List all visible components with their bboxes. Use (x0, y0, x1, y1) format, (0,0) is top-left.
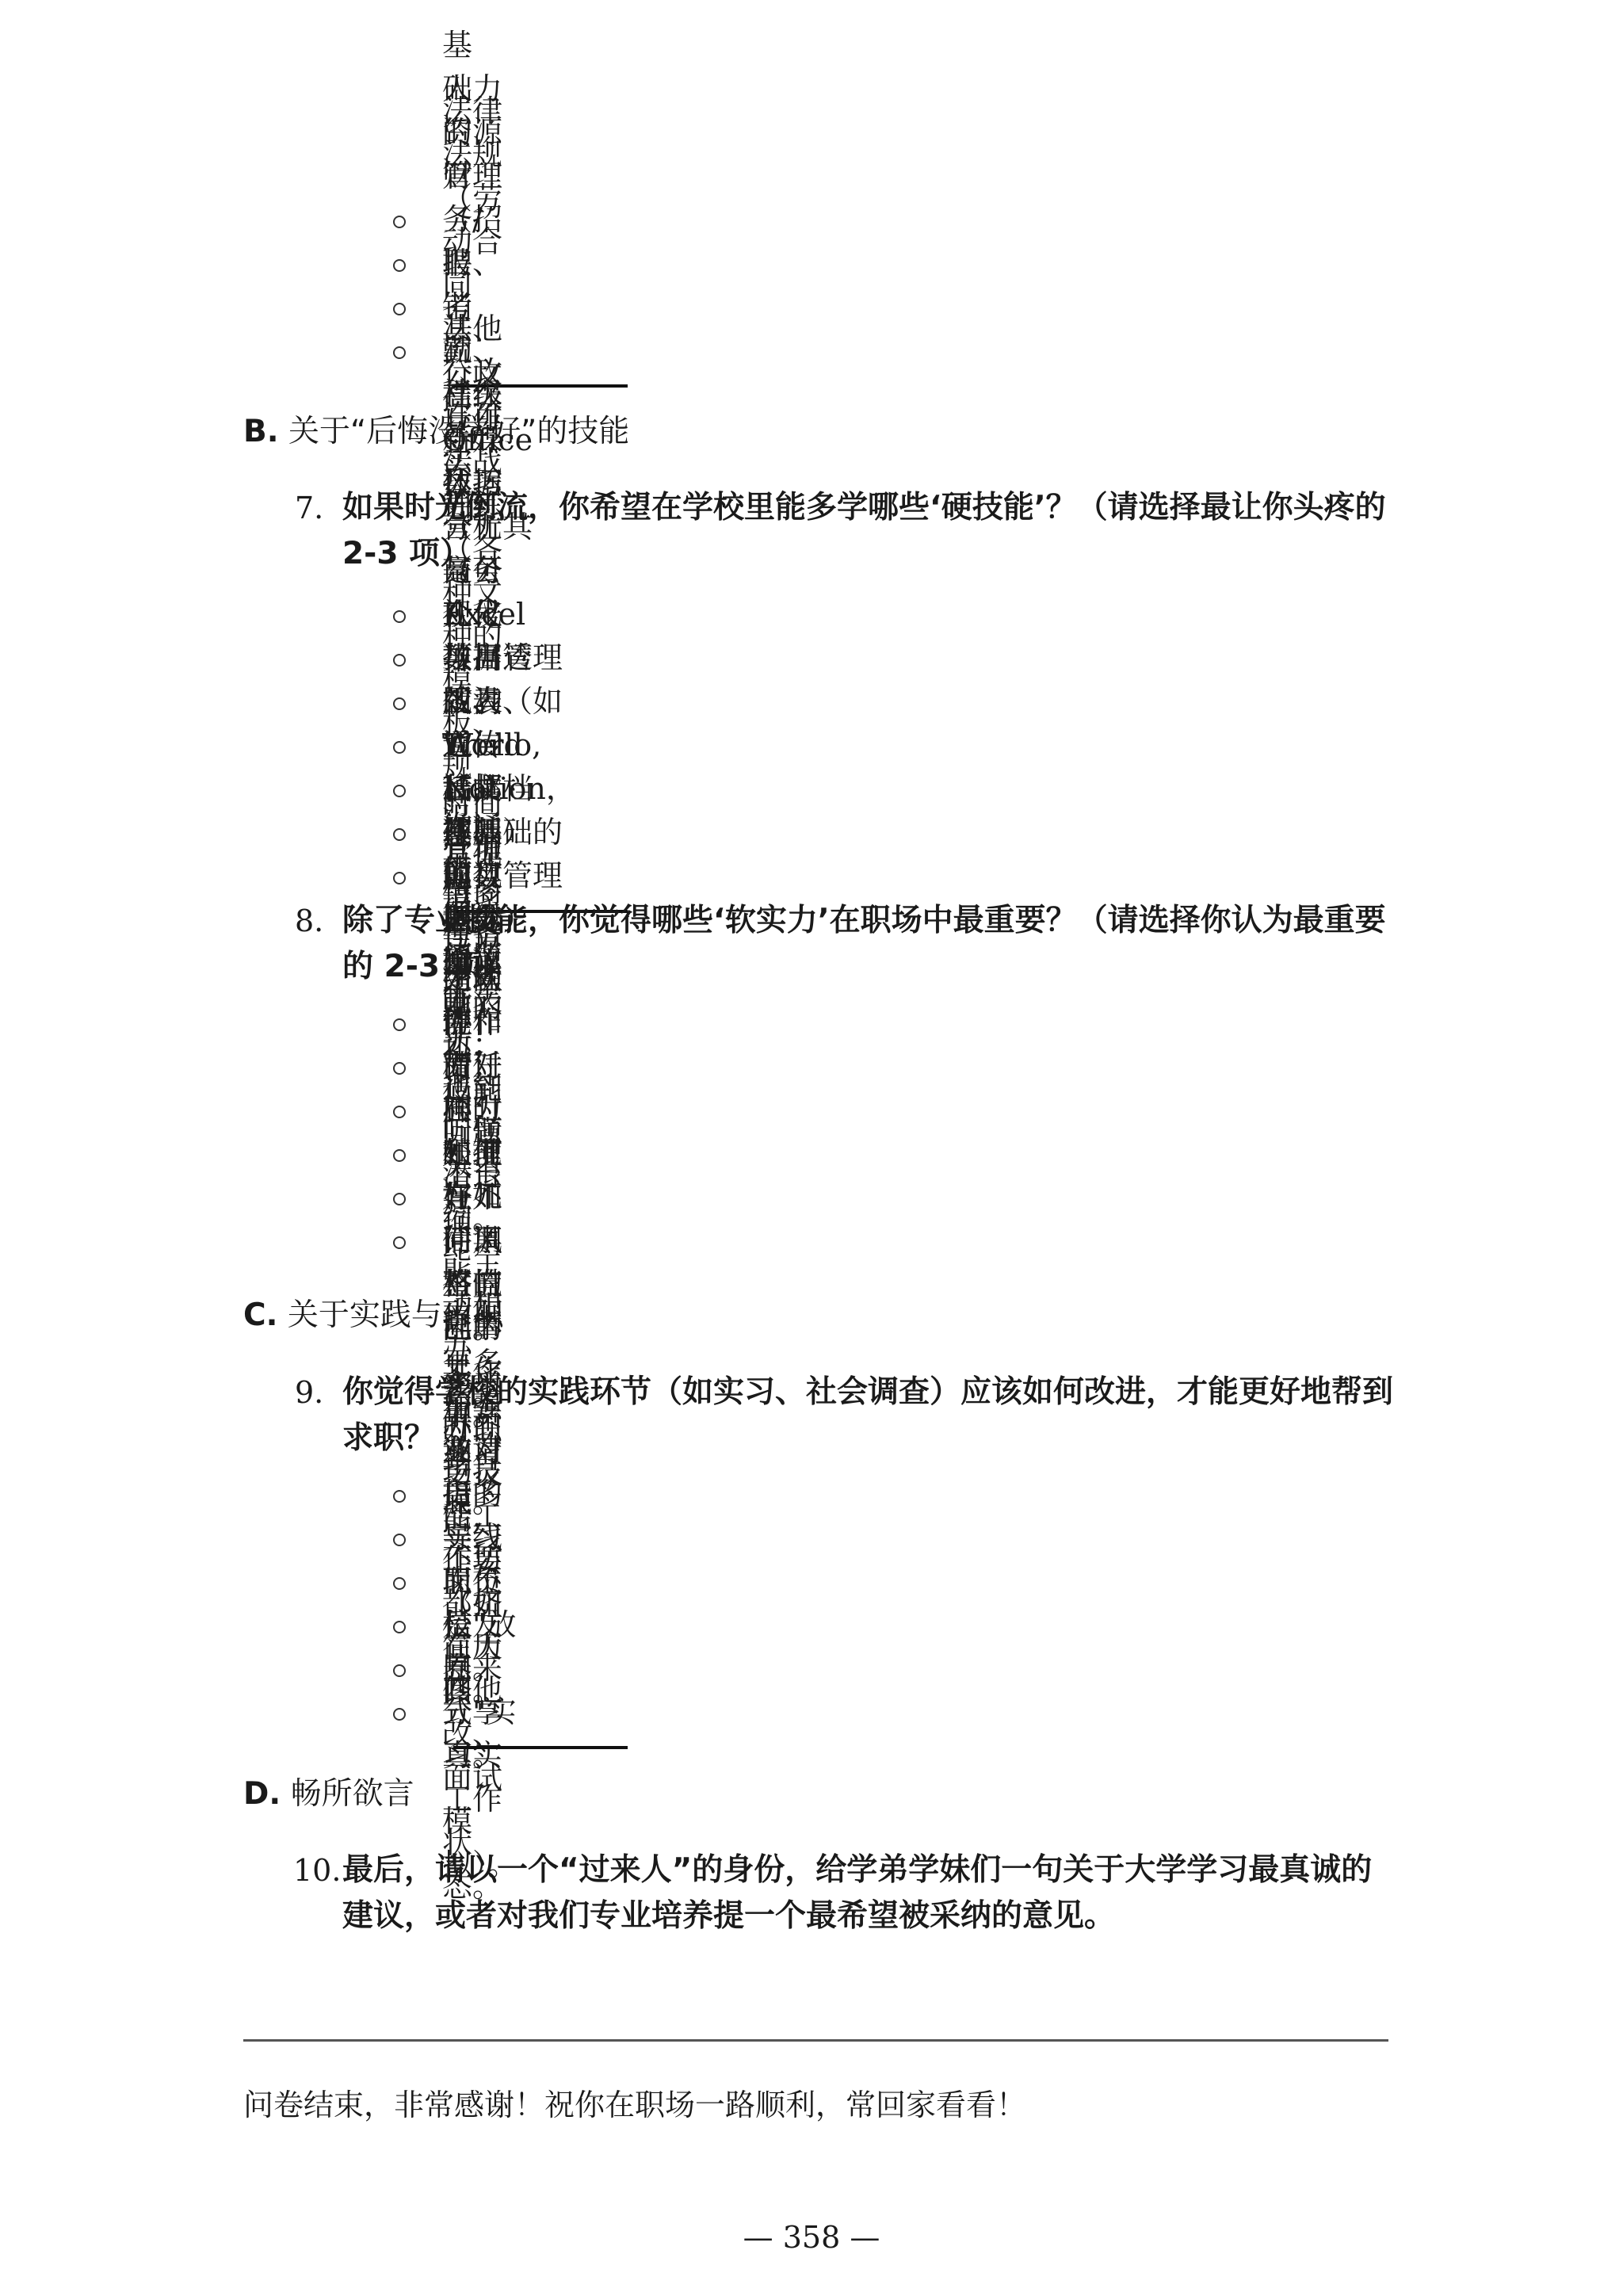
radio-circle-icon[interactable] (393, 741, 406, 754)
radio-circle-icon[interactable] (393, 1490, 406, 1503)
section-letter: D. (243, 1776, 281, 1812)
question-number: 7. (295, 485, 323, 531)
radio-circle-icon[interactable] (393, 697, 406, 710)
radio-circle-icon[interactable] (393, 1236, 406, 1249)
radio-circle-icon[interactable] (393, 785, 406, 797)
option-other-wrap: 其他 (442, 1669, 628, 1756)
section-letter: C. (243, 1297, 277, 1333)
radio-circle-icon[interactable] (393, 1708, 406, 1721)
radio-circle-icon[interactable] (393, 259, 406, 272)
radio-circle-icon[interactable] (393, 1534, 406, 1546)
section-title: 畅所欲言 (281, 1776, 414, 1812)
closing-message: 问卷结束，非常感谢！祝你在职场一路顺利，常回家看看！ (243, 2083, 1026, 2127)
radio-circle-icon[interactable] (393, 610, 406, 623)
page-number: — 358 — (0, 2215, 1623, 2260)
radio-circle-icon[interactable] (393, 828, 406, 841)
radio-circle-icon[interactable] (393, 303, 406, 315)
section-letter: B. (243, 414, 279, 449)
radio-circle-icon[interactable] (393, 1062, 406, 1075)
other-fill-blank[interactable] (453, 1746, 628, 1749)
radio-circle-icon[interactable] (393, 1018, 406, 1031)
radio-circle-icon[interactable] (393, 346, 406, 359)
radio-circle-icon[interactable] (393, 216, 406, 228)
radio-circle-icon[interactable] (393, 1577, 406, 1590)
radio-circle-icon[interactable] (393, 1193, 406, 1205)
option-label: 其他 (442, 1673, 502, 1708)
radio-circle-icon[interactable] (393, 1664, 406, 1677)
divider-line (243, 2039, 1388, 2042)
question-number: 10. (293, 1847, 341, 1893)
radio-circle-icon[interactable] (393, 1149, 406, 1162)
radio-circle-icon[interactable] (393, 872, 406, 884)
option-label: 其他 (442, 311, 502, 346)
question-number: 8. (295, 898, 323, 944)
section-heading-d: D. 畅所欲言 (243, 1772, 414, 1817)
section-heading-b: B. 关于“后悔没学好”的技能 (243, 410, 629, 454)
question-text: 最后，请以一个“过来人”的身份，给学弟学妹们一句关于大学学习最真诚的建议，或者对… (342, 1847, 1396, 1939)
question-number: 9. (295, 1370, 323, 1415)
radio-circle-icon[interactable] (393, 1106, 406, 1118)
radio-circle-icon[interactable] (393, 654, 406, 667)
radio-circle-icon[interactable] (393, 1621, 406, 1633)
